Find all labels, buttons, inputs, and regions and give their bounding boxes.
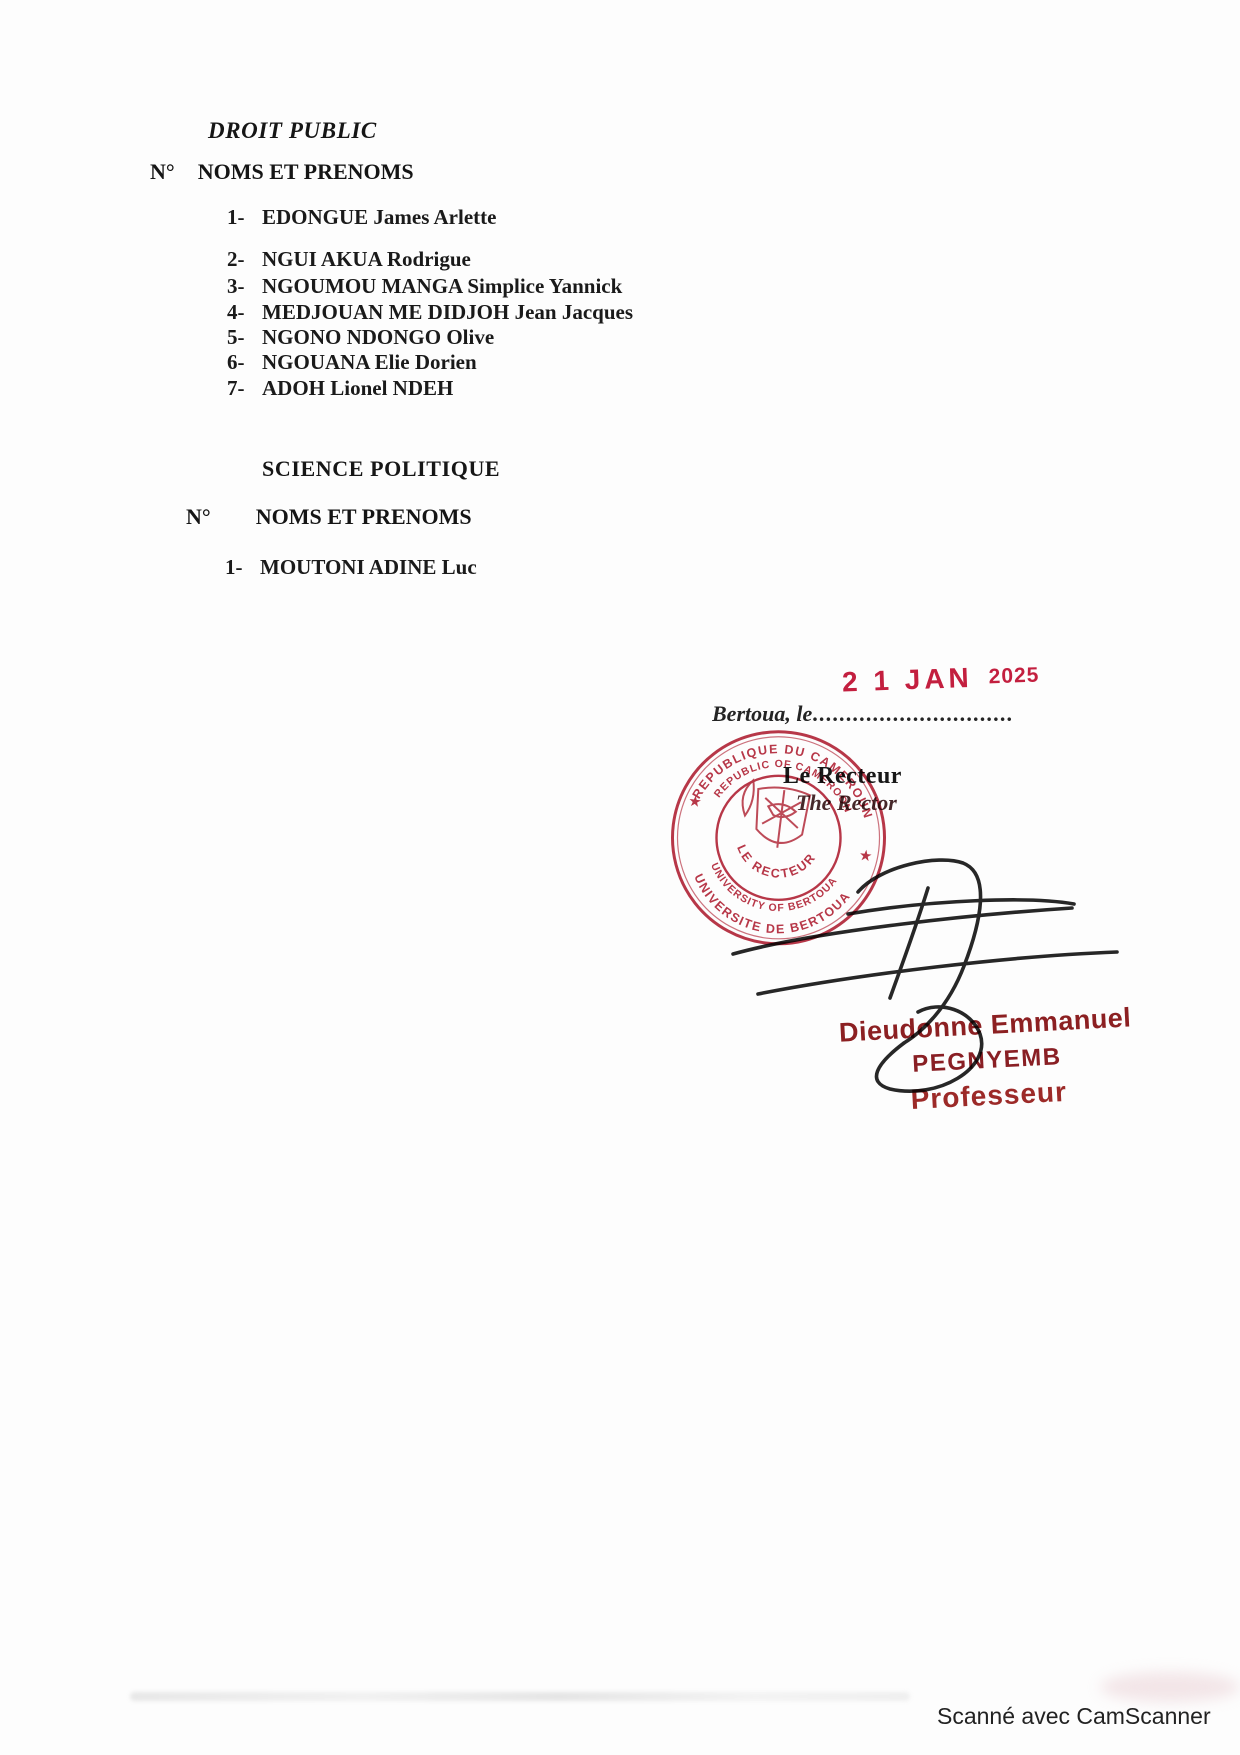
date-stamp: 2 1 JAN2025 [842,660,1040,699]
column-header-2: N° NOMS ET PRENOMS [186,504,472,530]
scan-artifact-smudge [1100,1672,1240,1702]
list-item: 7-ADOH Lionel NDEH [227,376,453,401]
item-name: NGOUMOU MANGA Simplice Yannick [262,274,622,298]
list-item: 3-NGOUMOU MANGA Simplice Yannick [227,274,622,299]
item-name: NGONO NDONGO Olive [262,325,494,349]
rector-title-en: The Rector [796,790,897,816]
date-year: 2025 [988,664,1039,689]
item-name: MOUTONI ADINE Luc [260,555,477,579]
section-title-droit-public: DROIT PUBLIC [208,118,377,144]
list-item: 2-NGUI AKUA Rodrigue [227,247,471,272]
dotted-line: ........................................… [812,701,1012,726]
item-name: NGUI AKUA Rodrigue [262,247,471,271]
list-item: 5-NGONO NDONGO Olive [227,325,494,350]
scan-artifact-streak [130,1692,910,1701]
camscanner-watermark: Scanné avec CamScanner [937,1703,1211,1730]
item-number: 5- [227,325,262,350]
item-number: 6- [227,350,262,375]
stamp-star-left-icon: ★ [687,793,702,812]
col-num-label: N° [186,504,211,529]
signatory-stamp: Dieudonne Emmanuel PEGNYEMB Professeur [830,1002,1145,1120]
col-name-label: NOMS ET PRENOMS [198,159,414,184]
item-name: MEDJOUAN ME DIDJOH Jean Jacques [262,300,633,324]
item-number: 1- [227,205,262,230]
item-number: 1- [225,555,260,580]
item-number: 3- [227,274,262,299]
section-title-science-politique: SCIENCE POLITIQUE [262,456,500,482]
item-number: 4- [227,300,262,325]
item-number: 7- [227,376,262,401]
col-num-label: N° [150,159,175,184]
rector-title-fr: Le Recteur [783,763,902,790]
list-item: 6-NGOUANA Elie Dorien [227,350,477,375]
column-header-1: N° NOMS ET PRENOMS [150,159,414,185]
list-item: 4-MEDJOUAN ME DIDJOH Jean Jacques [227,300,633,325]
date-day-month: 2 1 JAN [842,662,974,698]
item-number: 2- [227,247,262,272]
list-item: 1-EDONGUE James Arlette [227,205,496,230]
scanned-document-page: { "sections": [ { "title": "DROIT PUBLIC… [0,0,1240,1755]
item-name: ADOH Lionel NDEH [262,376,453,400]
col-name-label: NOMS ET PRENOMS [256,504,472,529]
list-item: 1-MOUTONI ADINE Luc [225,555,477,580]
item-name: EDONGUE James Arlette [262,205,496,229]
item-name: NGOUANA Elie Dorien [262,350,477,374]
